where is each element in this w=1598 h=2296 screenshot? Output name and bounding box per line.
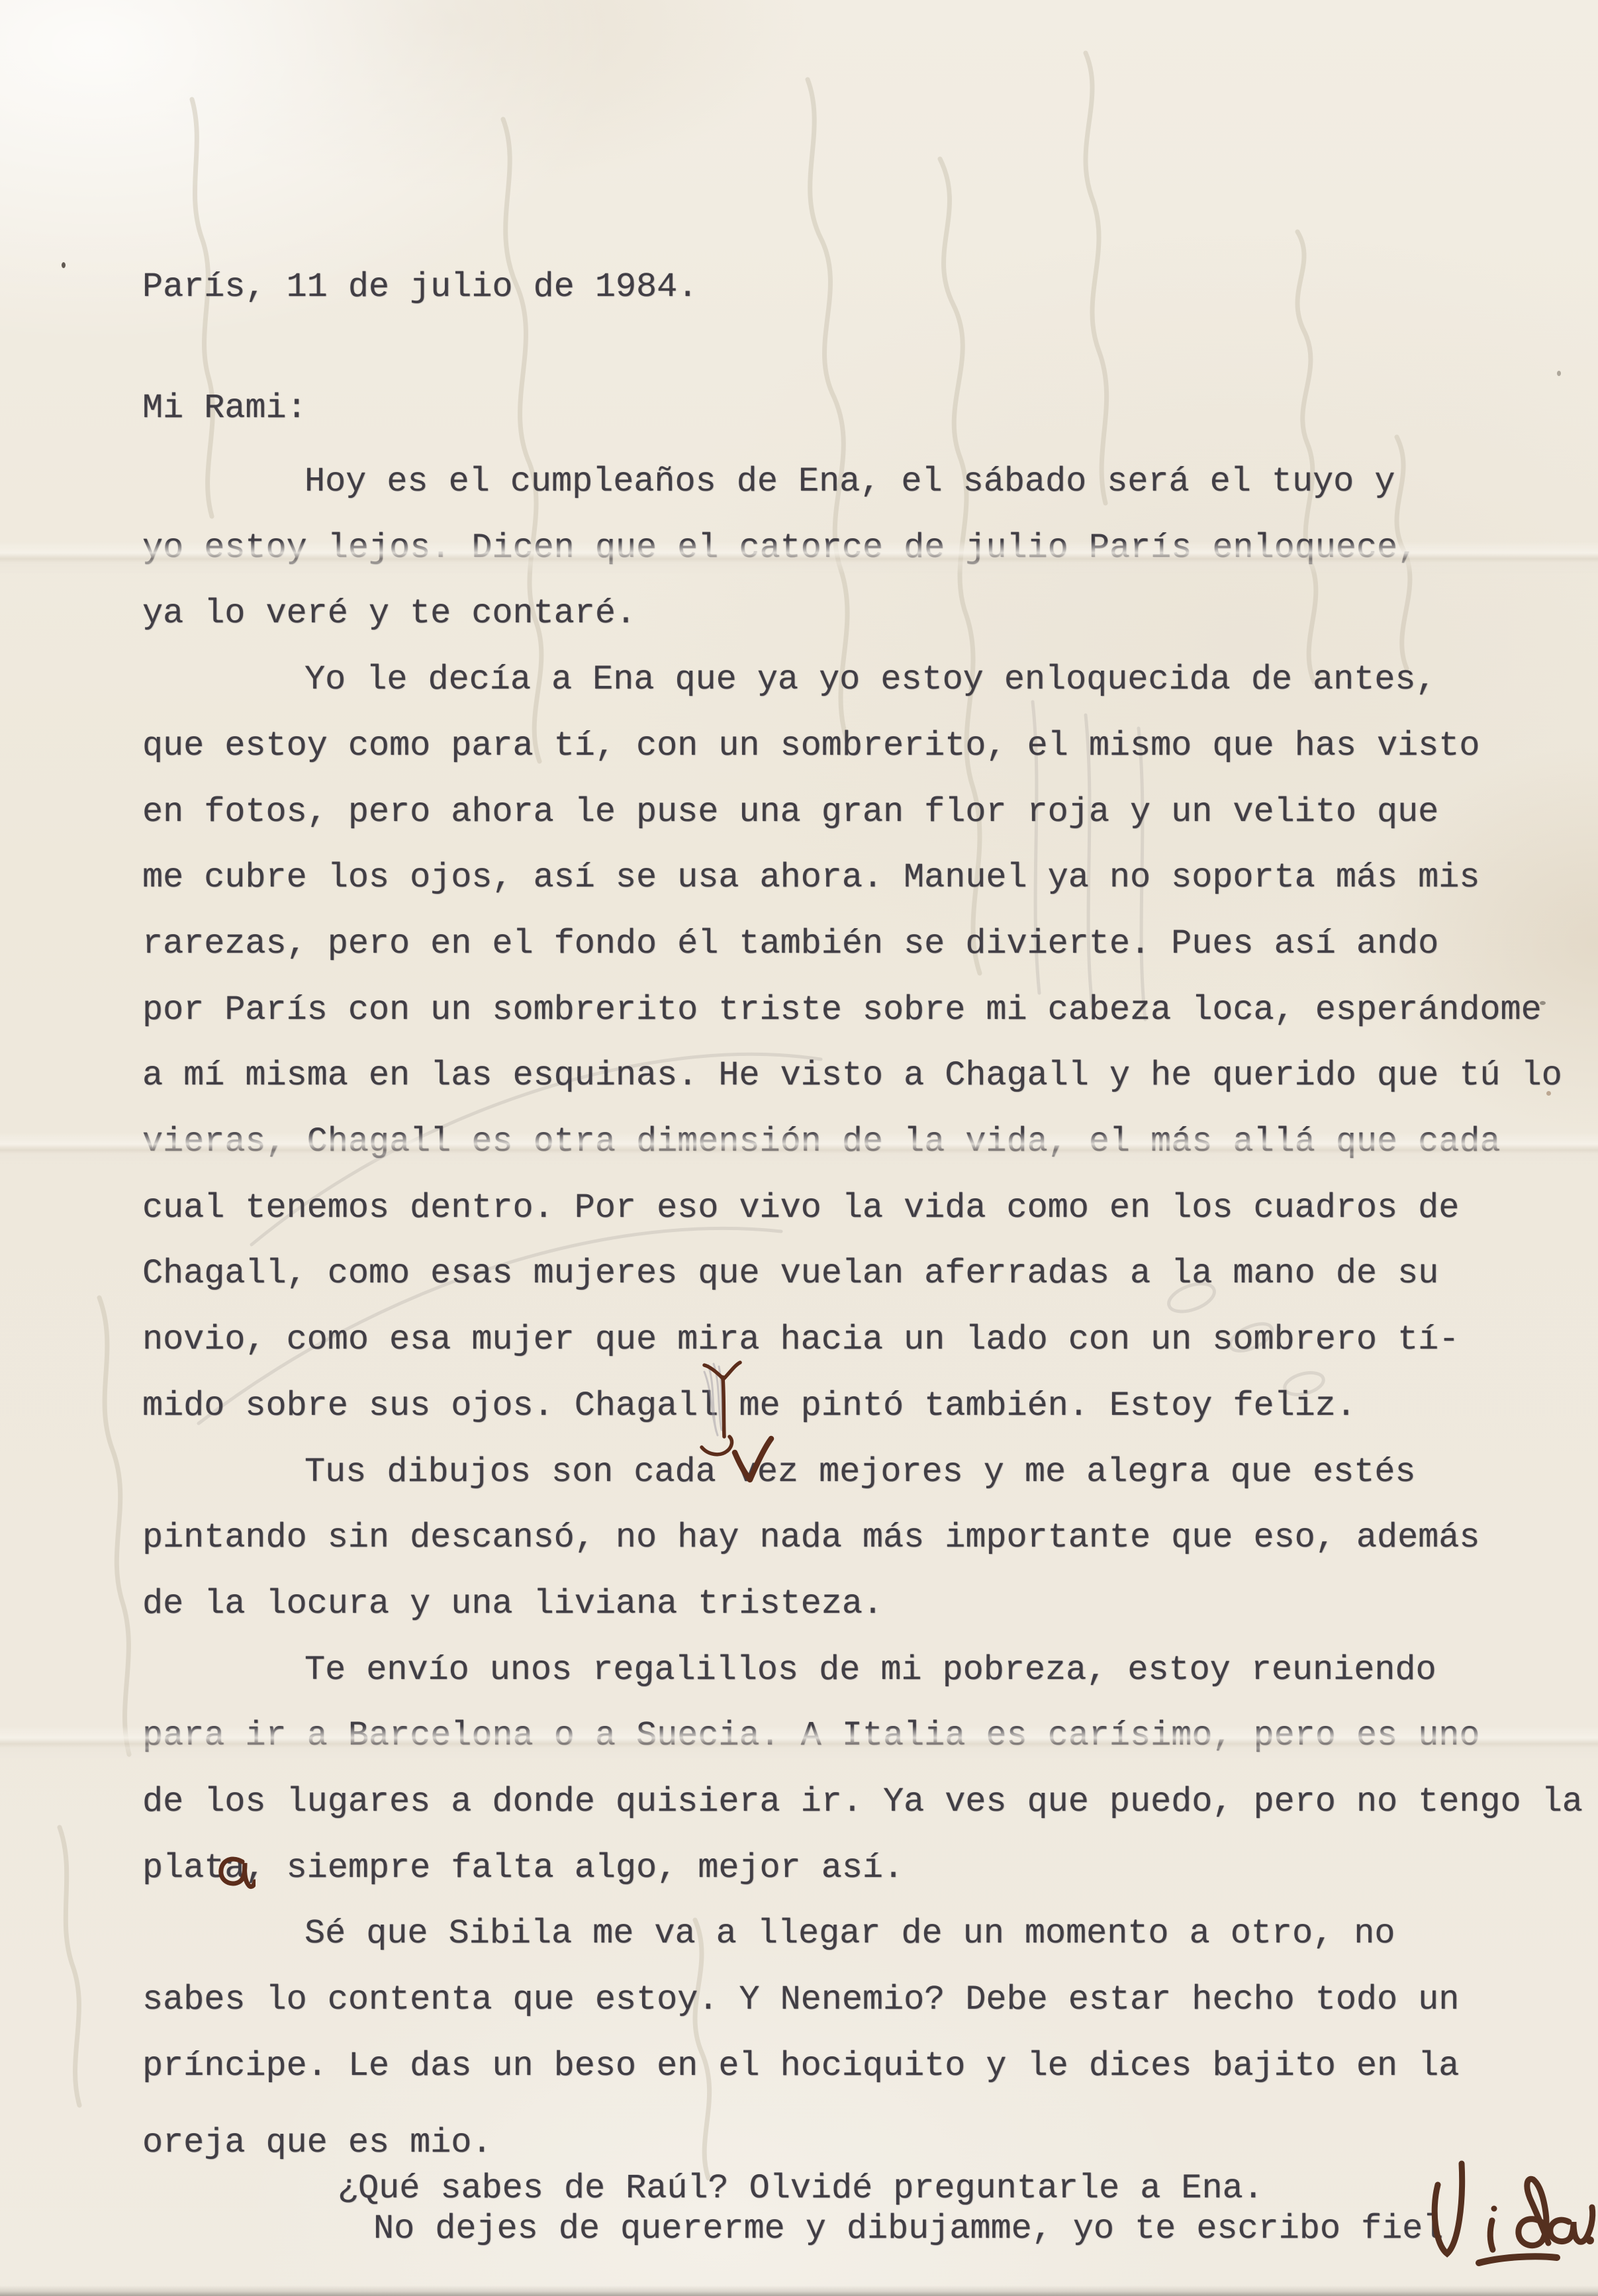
- letter-line-18: de la locura y una liviana tristeza.: [142, 1571, 1583, 1637]
- letter-line-22: plata, siempre falta algo, mejor así.: [142, 1835, 1583, 1901]
- letter-line-8: rarezas, pero en el fondo él también se …: [142, 911, 1583, 977]
- letter-line-10: a mí misma en las esquinas. He visto a C…: [142, 1043, 1583, 1109]
- letter-line-2: yo estoy lejos. Dicen que el catorce de …: [142, 515, 1583, 581]
- letter-line-12: cual tenemos dentro. Por eso vivo la vid…: [142, 1175, 1583, 1241]
- letter-line-25: príncipe. Le das un beso en el hociquito…: [142, 2033, 1583, 2099]
- closing-line-3: No dejes de quererme y dibujamme, yo te …: [142, 2196, 1443, 2262]
- letter-line-6: en fotos, pero ahora le puse una gran fl…: [142, 779, 1583, 845]
- letter-line-9: por París con un sombrerito triste sobre…: [142, 977, 1583, 1043]
- letter-line-21: de los lugares a donde quisiera ir. Ya v…: [142, 1769, 1583, 1835]
- letter-line-20: para ir a Barcelona o a Suecia. A Italia…: [142, 1703, 1583, 1769]
- letter-line-15: mido sobre sus ojos. Chagall me pintó ta…: [142, 1373, 1583, 1439]
- paper-speck: [1540, 1001, 1546, 1005]
- paper-speck: [1557, 371, 1561, 376]
- letter-line-3: ya lo veré y te contaré.: [142, 581, 1583, 647]
- letter-line-7: me cubre los ojos, así se usa ahora. Man…: [142, 845, 1583, 911]
- letter-body: Hoy es el cumpleaños de Ena, el sábado s…: [142, 449, 1583, 2099]
- salutation: Mi Rami:: [142, 375, 307, 442]
- letter-line-19: Te envío unos regalillos de mi pobreza, …: [142, 1637, 1583, 1703]
- paper-speck: [62, 262, 66, 268]
- letter-line-5: que estoy como para tí, con un sombrerit…: [142, 713, 1583, 779]
- letter-line-13: Chagall, como esas mujeres que vuelan af…: [142, 1241, 1583, 1307]
- letter-line-17: pintando sin descansó, no hay nada más i…: [142, 1505, 1583, 1571]
- letter-line-23: Sé que Sibila me va a llegar de un momen…: [142, 1901, 1583, 1967]
- letter-line-4: Yo le decía a Ena que ya yo estoy enloqu…: [142, 647, 1583, 713]
- letter-line-1: Hoy es el cumpleaños de Ena, el sábado s…: [142, 449, 1583, 515]
- dateline: París, 11 de julio de 1984.: [142, 254, 698, 320]
- paper-speck: [1546, 1091, 1551, 1096]
- letter-line-16: Tus dibujos son cada vez mejores y me al…: [142, 1439, 1583, 1506]
- letter-line-14: novio, como esa mujer que mira hacia un …: [142, 1307, 1583, 1373]
- letter-line-24: sabes lo contenta que estoy. Y Nenemio? …: [142, 1967, 1583, 2033]
- letter-scan-page: París, 11 de julio de 1984. Mi Rami: Hoy…: [0, 0, 1598, 2296]
- letter-line-11: vieras, Chagall es otra dimensión de la …: [142, 1109, 1583, 1175]
